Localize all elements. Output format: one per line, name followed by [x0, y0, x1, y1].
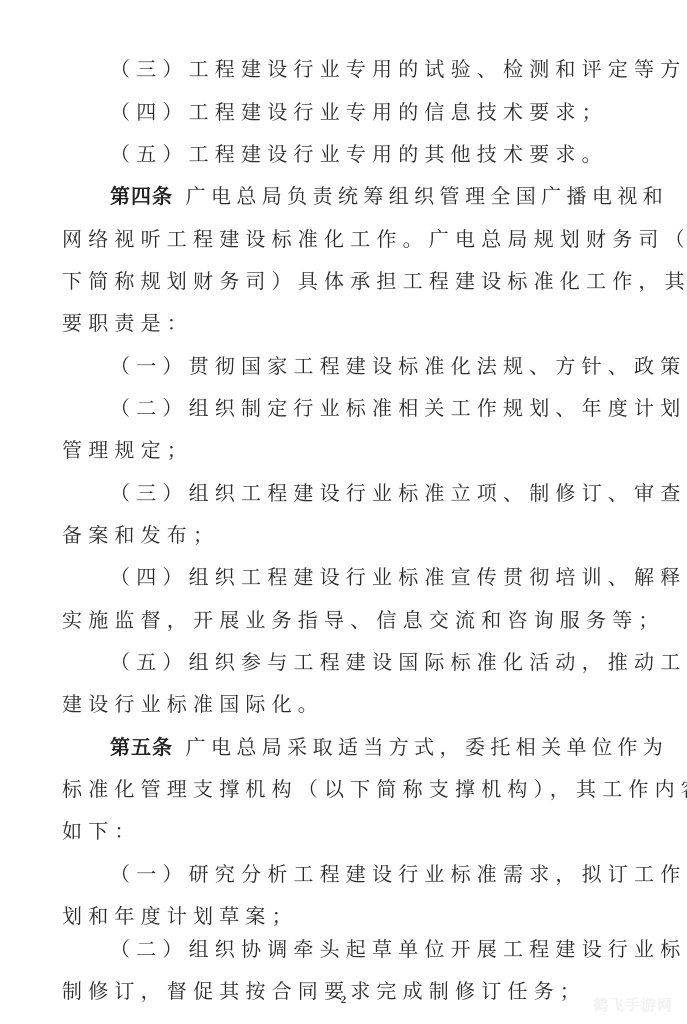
article-4-line: 第四条 广电总局负责统筹组织管理全国广播电视和	[110, 183, 670, 209]
text-line: （二）组织协调牵头起草单位开展工程建设行业标准	[110, 936, 670, 962]
text-line: 广电总局采取适当方式，委托相关单位作为	[186, 735, 669, 759]
text-line: （四）组织工程建设行业标准宣传贯彻培训、解释和	[110, 564, 670, 590]
text-line: 下简称规划财务司）具体承担工程建设标准化工作，其主	[62, 268, 622, 294]
text-line: 制修订，督促其按合同要求完成制修订任务；	[62, 978, 622, 1004]
text-line: 备案和发布；	[62, 522, 622, 548]
text-line: （五）工程建设行业专用的其他技术要求。	[110, 141, 670, 167]
text-line: （一）研究分析工程建设行业标准需求，拟订工作规	[110, 861, 670, 887]
text-line: 管理规定；	[62, 437, 622, 463]
text-line: 广电总局负责统筹组织管理全国广播电视和	[186, 184, 669, 208]
document-page: （三）工程建设行业专用的试验、检测和评定等方法； （四）工程建设行业专用的信息技…	[0, 0, 687, 1024]
text-line: （三）组织工程建设行业标准立项、制修订、审查、	[110, 480, 670, 506]
text-line: （四）工程建设行业专用的信息技术要求；	[110, 99, 670, 125]
text-line: 建设行业标准国际化。	[62, 691, 622, 717]
text-line: 如下：	[62, 818, 622, 844]
article-5-line: 第五条 广电总局采取适当方式，委托相关单位作为	[110, 734, 670, 760]
article-heading: 第五条	[110, 735, 173, 759]
text-line: 网络视听工程建设标准化工作。广电总局规划财务司（以	[62, 226, 622, 252]
text-line: （三）工程建设行业专用的试验、检测和评定等方法；	[110, 56, 670, 82]
text-line: （一）贯彻国家工程建设标准化法规、方针、政策；	[110, 353, 670, 379]
article-heading: 第四条	[110, 184, 173, 208]
text-line: 实施监督，开展业务指导、信息交流和咨询服务等；	[62, 607, 622, 633]
text-line: 要职责是：	[62, 310, 622, 336]
text-line: （二）组织制定行业标准相关工作规划、年度计划及	[110, 395, 670, 421]
text-line: （五）组织参与工程建设国际标准化活动，推动工程	[110, 649, 670, 675]
text-line: 标准化管理支撑机构（以下简称支撑机构），其工作内容	[62, 776, 622, 802]
text-line: 划和年度计划草案；	[62, 903, 622, 929]
